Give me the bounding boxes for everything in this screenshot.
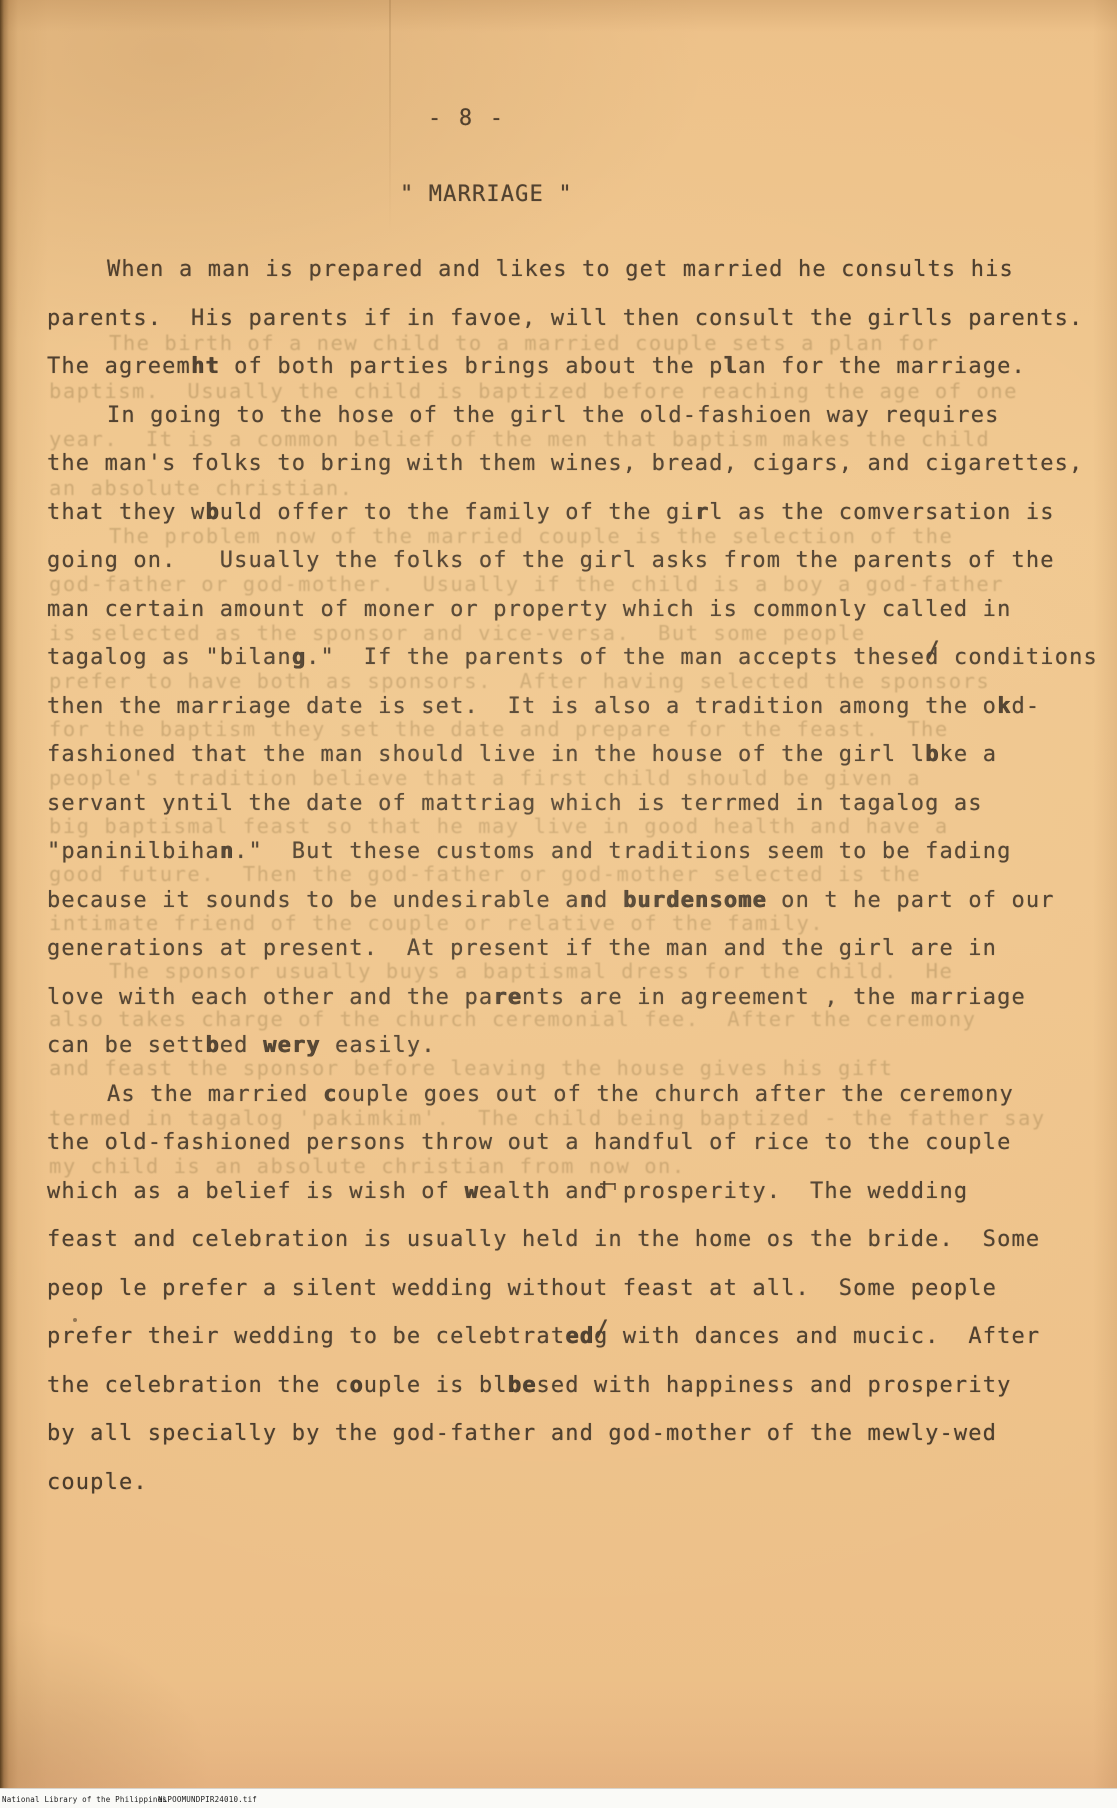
text-line: the man's folks to bring with them wines… bbox=[47, 453, 1107, 475]
text-line: by all specially by the god-father and g… bbox=[47, 1423, 1107, 1445]
bleedthrough-line: termed in tagalog 'pakimkim'. The child … bbox=[49, 1108, 1046, 1129]
bleedthrough-line: also takes charge of the church ceremoni… bbox=[49, 1009, 976, 1030]
footer-filename: NLPOOMUNDPIR24010.tif bbox=[158, 1795, 257, 1804]
bleedthrough-line: intimate friend of the couple or relativ… bbox=[49, 913, 824, 934]
bleedthrough-line: my child is an absolute christian from n… bbox=[49, 1156, 686, 1177]
bleedthrough-line: an absolute christian. bbox=[49, 478, 354, 499]
text-line: couple. bbox=[47, 1472, 1107, 1494]
text-line: peop le prefer a silent wedding without … bbox=[47, 1278, 1107, 1300]
footer-library-name: National Library of the Philippines bbox=[2, 1795, 167, 1804]
text-line: which as a belief is wish of wealth and … bbox=[47, 1181, 1107, 1203]
text-line: As the married couple goes out of the ch… bbox=[47, 1084, 1117, 1106]
bleedthrough-line: people's tradition believe that a first … bbox=[49, 768, 921, 789]
scanned-document-page: The birth of a new child to a married co… bbox=[0, 0, 1117, 1808]
page-number: - 8 - bbox=[428, 108, 505, 130]
paper-crease bbox=[389, 0, 391, 235]
bleedthrough-line: god-father or god-mother. Usually if the… bbox=[49, 574, 1004, 595]
bleedthrough-line: year. It is a common belief of the men t… bbox=[49, 429, 990, 450]
text-line: then the marriage date is set. It is als… bbox=[47, 696, 1107, 718]
bleedthrough-line: is selected as the sponsor and vice-vers… bbox=[49, 623, 866, 644]
bleedthrough-line: The birth of a new child to a married co… bbox=[49, 333, 940, 354]
bleedthrough-line: big baptismal feast so that he may live … bbox=[49, 816, 949, 837]
bleedthrough-line: prefer to have both as sponsors. After h… bbox=[49, 671, 990, 692]
text-line: man certain amount of moner or property … bbox=[47, 599, 1107, 621]
text-line: In going to the hose of the girl the old… bbox=[47, 405, 1117, 427]
bleedthrough-line: The sponsor usually buys a baptismal dre… bbox=[49, 961, 953, 982]
text-line: The agreemht of both parties brings abou… bbox=[47, 356, 1107, 378]
document-title: " MARRIAGE " bbox=[400, 184, 573, 206]
text-line: parents. His parents if in favoe, will t… bbox=[47, 308, 1107, 330]
text-line: the old-fashioned persons throw out a ha… bbox=[47, 1132, 1107, 1154]
footer-bar: National Library of the Philippines NLPO… bbox=[0, 1788, 1117, 1808]
text-line: because it sounds to be undesirable and … bbox=[47, 890, 1107, 912]
text-line: the celebration the couple is blbesed wi… bbox=[47, 1375, 1107, 1397]
text-line: servant yntil the date of mattriag which… bbox=[47, 793, 1107, 815]
text-line: prefer their wedding to be celebtratedg … bbox=[47, 1326, 1107, 1348]
text-line: fashioned that the man should live in th… bbox=[47, 744, 1107, 766]
bleedthrough-line: The problem now of the married couple is… bbox=[49, 526, 953, 547]
stray-dot-mark bbox=[73, 1318, 77, 1322]
text-line: tagalog as "bilang." If the parents of t… bbox=[47, 647, 1107, 669]
bleedthrough-line: good future. Then the god-father or god-… bbox=[49, 864, 921, 885]
text-line: When a man is prepared and likes to get … bbox=[47, 259, 1117, 281]
stray-pen-mark bbox=[600, 1183, 615, 1192]
text-line: can be settbed wery easily. bbox=[47, 1035, 1107, 1057]
text-line: generations at present. At present if th… bbox=[47, 938, 1107, 960]
bleedthrough-line: baptism. Usually the child is baptized b… bbox=[49, 381, 1018, 402]
bleedthrough-line: and feast the sponsor before leaving the… bbox=[49, 1058, 893, 1079]
text-line: feast and celebration is usually held in… bbox=[47, 1229, 1107, 1251]
text-line: that they wbuld offer to the family of t… bbox=[47, 502, 1107, 524]
text-line: "paninilbihan." But these customs and tr… bbox=[47, 841, 1107, 863]
text-line: love with each other and the parents are… bbox=[47, 987, 1107, 1009]
bleedthrough-line: for the baptism they set the date and pr… bbox=[49, 719, 949, 740]
text-line: going on. Usually the folks of the girl … bbox=[47, 550, 1107, 572]
